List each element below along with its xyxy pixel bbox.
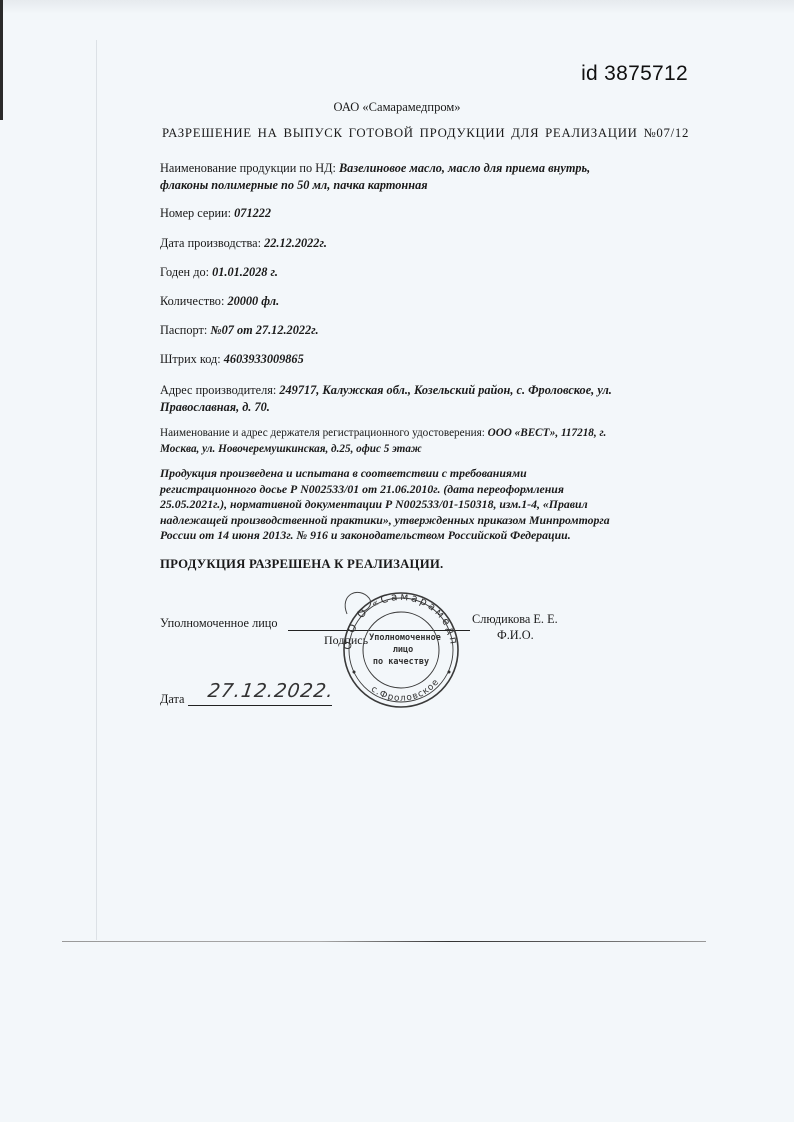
date-label: Дата: [160, 692, 185, 707]
organization-name: ОАО «Самарамедпром»: [0, 100, 794, 115]
field-barcode: Штрих код: 4603933009865: [160, 351, 304, 368]
field-value: 249717, Калужская обл., Козельский район…: [279, 383, 611, 397]
field-label: Паспорт:: [160, 323, 207, 337]
date-line: [188, 705, 332, 706]
field-value: 01.01.2028 г.: [212, 265, 278, 279]
svg-text:по качеству: по качеству: [373, 657, 429, 667]
svg-text:Уполномоченное: Уполномоченное: [369, 633, 441, 643]
field-label: Количество:: [160, 294, 224, 308]
field-expiry: Годен до: 01.01.2028 г.: [160, 264, 278, 281]
field-label: Дата производства:: [160, 236, 261, 250]
bottom-rule: [62, 941, 706, 942]
field-label: Адрес производителя:: [160, 383, 276, 397]
compliance-line: регистрационного досье Р N002533/01 от 2…: [160, 482, 680, 498]
compliance-line: России от 14 июня 2013г. № 916 и законод…: [160, 528, 680, 544]
field-value: 4603933009865: [224, 352, 304, 366]
field-production-date: Дата производства: 22.12.2022г.: [160, 235, 327, 252]
field-label: Годен до:: [160, 265, 209, 279]
field-label: Номер серии:: [160, 206, 231, 220]
field-value: 22.12.2022г.: [264, 236, 327, 250]
signatory-name: Слюдикова Е. Е.: [472, 612, 558, 627]
document-id: id 3875712: [581, 62, 688, 86]
field-label: Наименование продукции по НД:: [160, 161, 336, 175]
page-fold-line: [96, 40, 97, 940]
field-registration-holder: Наименование и адрес держателя регистрац…: [160, 425, 606, 457]
field-value: 071222: [234, 206, 271, 220]
field-value: №07 от 27.12.2022г.: [210, 323, 318, 337]
scan-edge: [0, 0, 794, 14]
field-value: 20000 фл.: [227, 294, 279, 308]
field-value: Москва, ул. Новочеремушкинская, д.25, оф…: [160, 443, 422, 455]
field-value: ООО «ВЕСТ», 117218, г.: [488, 427, 607, 439]
stamp-icon: О О О «Самарамедпром» с.Фроловское Уполн…: [329, 584, 474, 709]
field-value: Православная, д. 70.: [160, 400, 270, 414]
field-product-name: Наименование продукции по НД: Вазелиново…: [160, 160, 590, 194]
handwritten-date: 27.12.2022.: [206, 680, 335, 702]
approval-statement: ПРОДУКЦИЯ РАЗРЕШЕНА К РЕАЛИЗАЦИИ.: [160, 557, 443, 572]
compliance-line: Продукция произведена и испытана в соотв…: [160, 466, 680, 482]
field-value: флаконы полимерные по 50 мл, пачка карто…: [160, 178, 428, 192]
signatory-name-caption: Ф.И.О.: [497, 628, 534, 643]
compliance-line: надлежащей производственной практики», у…: [160, 513, 680, 529]
field-passport: Паспорт: №07 от 27.12.2022г.: [160, 322, 319, 339]
official-stamp: О О О «Самарамедпром» с.Фроловское Уполн…: [329, 584, 474, 709]
compliance-line: 25.05.2021г.), нормативной документации …: [160, 497, 680, 513]
field-label: Наименование и адрес держателя регистрац…: [160, 427, 485, 439]
field-series: Номер серии: 071222: [160, 205, 271, 222]
svg-text:лицо: лицо: [393, 645, 413, 655]
field-manufacturer-address: Адрес производителя: 249717, Калужская о…: [160, 382, 612, 416]
authorized-person-label: Уполномоченное лицо: [160, 616, 278, 631]
field-value: Вазелиновое масло, масло для приема внут…: [339, 161, 590, 175]
compliance-statement: Продукция произведена и испытана в соотв…: [160, 466, 680, 544]
document-title: РАЗРЕШЕНИЕ НА ВЫПУСК ГОТОВОЙ ПРОДУКЦИИ Д…: [162, 126, 689, 141]
field-quantity: Количество: 20000 фл.: [160, 293, 279, 310]
field-label: Штрих код:: [160, 352, 221, 366]
